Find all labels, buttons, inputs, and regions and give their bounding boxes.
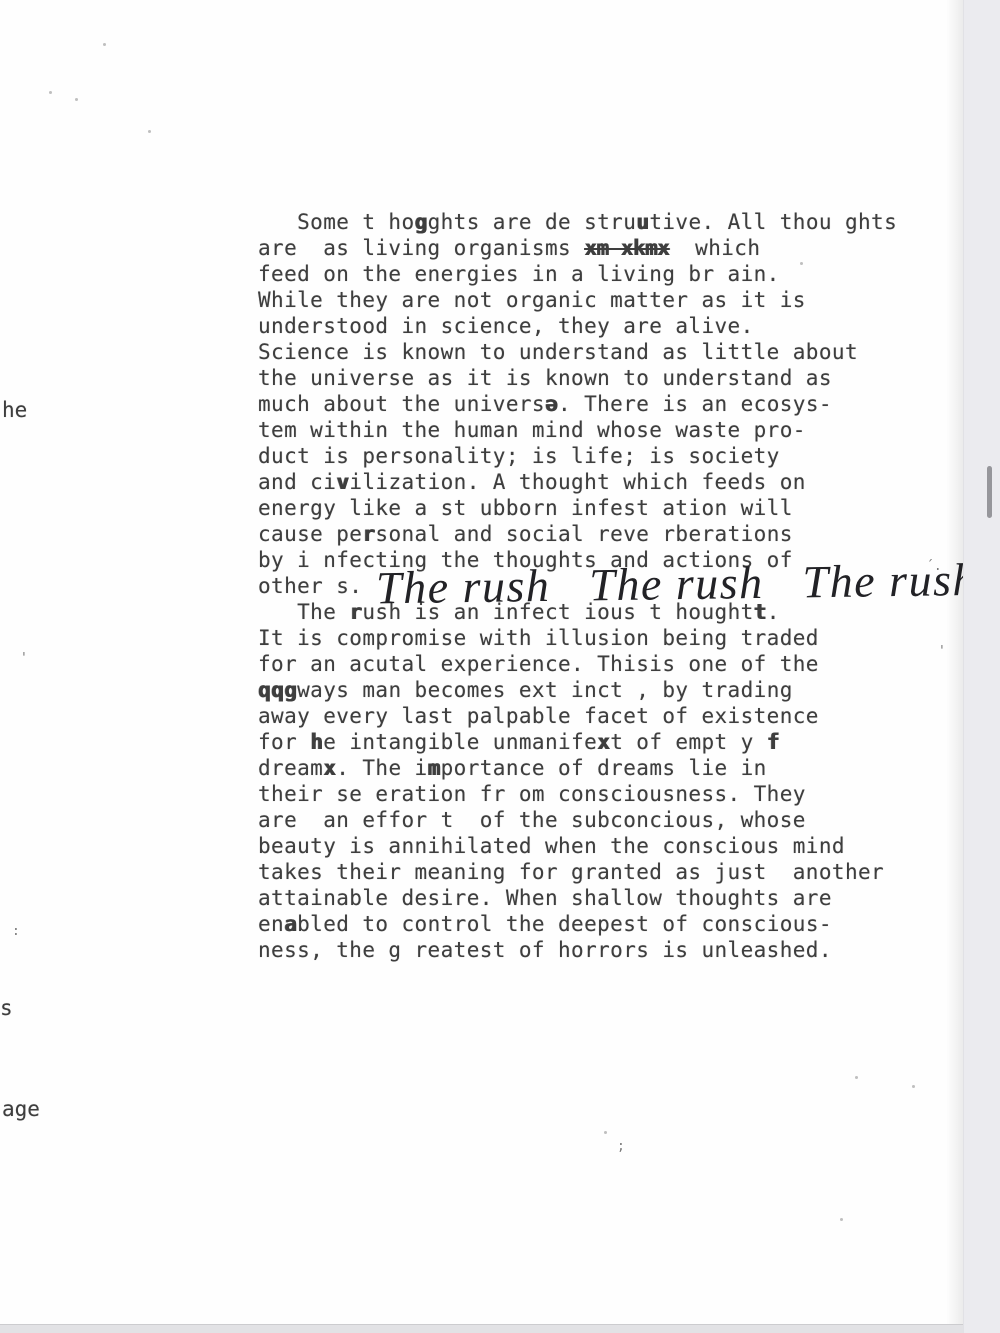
page-edge-shadow bbox=[946, 0, 964, 1333]
text-line: and civilization. A thought which feeds … bbox=[258, 469, 918, 495]
paragraph: The rush is an infect ious t houghtt.It … bbox=[258, 599, 918, 963]
scrollbar-track[interactable] bbox=[963, 0, 1000, 1333]
edge-fragment: age bbox=[2, 1097, 40, 1121]
text-line: much about the universə. There is an eco… bbox=[258, 391, 918, 417]
text-line: understood in science, they are alive. bbox=[258, 313, 918, 339]
paragraph: Some t hogghts are de struutive. All tho… bbox=[258, 209, 918, 599]
handwritten-annotation: The rush The rush The rush bbox=[376, 554, 997, 615]
text-line: attainable desire. When shallow thoughts… bbox=[258, 885, 918, 911]
text-line: their se eration fr om consciousness. Th… bbox=[258, 781, 918, 807]
speck: ' bbox=[20, 652, 28, 665]
text-line: It is compromise with illusion being tra… bbox=[258, 625, 918, 651]
edge-fragment: he bbox=[2, 398, 27, 422]
speck: ' bbox=[938, 645, 946, 658]
text-line: ness, the g reatest of horrors is unleas… bbox=[258, 937, 918, 963]
text-line: the universe as it is known to understan… bbox=[258, 365, 918, 391]
text-line: are as living organisms xm xkmx which bbox=[258, 235, 918, 261]
speck bbox=[604, 1131, 607, 1134]
edge-fragment: s bbox=[0, 996, 13, 1020]
speck bbox=[840, 1218, 843, 1221]
text-line: dreamx. The importance of dreams lie in bbox=[258, 755, 918, 781]
text-line: enabled to control the deepest of consci… bbox=[258, 911, 918, 937]
text-line: for an acutal experience. Thisis one of … bbox=[258, 651, 918, 677]
scrollbar-thumb[interactable] bbox=[987, 466, 992, 518]
text-line: While they are not organic matter as it … bbox=[258, 287, 918, 313]
speck bbox=[103, 43, 106, 46]
speck bbox=[912, 1085, 915, 1088]
speck bbox=[148, 130, 151, 133]
text-line: are an effor t of the subconcious, whose bbox=[258, 807, 918, 833]
text-line: qqgways man becomes ext inct , by tradin… bbox=[258, 677, 918, 703]
text-line: takes their meaning for granted as just … bbox=[258, 859, 918, 885]
text-line: Science is known to understand as little… bbox=[258, 339, 918, 365]
text-line: energy like a st ubborn infest ation wil… bbox=[258, 495, 918, 521]
text-line: tem within the human mind whose waste pr… bbox=[258, 417, 918, 443]
speck: : bbox=[12, 925, 20, 938]
speck: ; bbox=[617, 1140, 625, 1153]
speck bbox=[855, 1076, 858, 1079]
text-line: away every last palpable facet of existe… bbox=[258, 703, 918, 729]
text-line: Some t hogghts are de struutive. All tho… bbox=[258, 209, 918, 235]
speck bbox=[75, 98, 78, 101]
text-line: duct is personality; is life; is society bbox=[258, 443, 918, 469]
text-line: beauty is annihilated when the conscious… bbox=[258, 833, 918, 859]
text-line: cause personal and social reve rberation… bbox=[258, 521, 918, 547]
speck bbox=[49, 91, 52, 94]
speck bbox=[800, 262, 803, 265]
text-line: for he intangible unmanifext of empt y f bbox=[258, 729, 918, 755]
bottom-bar bbox=[0, 1324, 1000, 1333]
text-line: feed on the energies in a living br ain. bbox=[258, 261, 918, 287]
